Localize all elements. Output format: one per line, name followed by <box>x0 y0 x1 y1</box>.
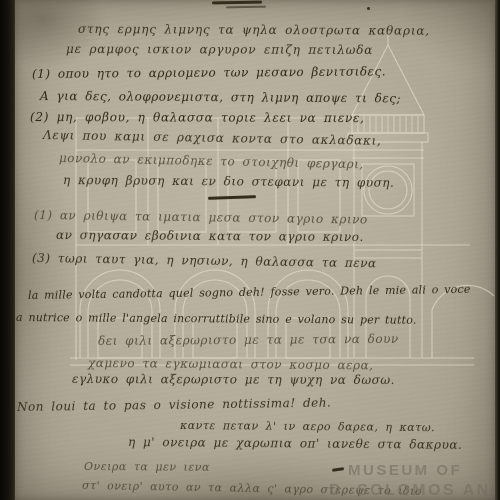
scan-edge-left <box>0 0 15 500</box>
manuscript-line: αν σηγασαν εβοδινια κατα τον αγριο κρινο… <box>56 228 364 244</box>
manuscript-line: η μ' ονειρα με χαρωπια οπ' ιανεθε στα δα… <box>128 435 462 452</box>
manuscript-scan: { "document": { "kind": "handwritten man… <box>0 0 500 500</box>
manuscript-line: χαμενο τα εγκωμιασαι στον κοσμο αερα, <box>88 356 374 372</box>
manuscript-line: η κρυφη βρυση και εν διο στεφανι με τη φ… <box>63 173 394 190</box>
manuscript-line: στης ερμης λιμνης τα ψηλα ολοστρωτα καθα… <box>78 22 430 38</box>
ink-dot <box>367 7 370 10</box>
manuscript-line: καντε πεταν λ' ιν αερο δαρεα, η κατω. <box>180 419 435 435</box>
manuscript-line: Ονειρα τα μεν ιενα <box>84 460 210 475</box>
manuscript-line: Α για δες, ολοφρονεμιστα, στη λιμνη αποψ… <box>40 89 401 106</box>
manuscript-line: a nutrice o mille l'angela incorruttibil… <box>16 311 417 328</box>
scan-stage: στης ερμης λιμνης τα ψηλα ολοστρωτα καθα… <box>0 0 500 500</box>
manuscript-line: δει φιλι αξερωριστο με τα με τσα να δουν <box>98 332 399 348</box>
scan-edge-right <box>495 0 500 500</box>
manuscript-line: (2) μη, φοβου, η θαλασσα τοριε λεει να π… <box>30 110 365 125</box>
manuscript-line: (1) οπου ητο το αρριομενο των μεσανο βεν… <box>32 65 386 81</box>
manuscript-line: με ραμφος ισκιον αργυρον επιζη πετιλωδα <box>66 42 373 57</box>
manuscript-line: εγλυκο φιλι αξερωριστο με τη ψυχη να δωσ… <box>72 372 395 387</box>
